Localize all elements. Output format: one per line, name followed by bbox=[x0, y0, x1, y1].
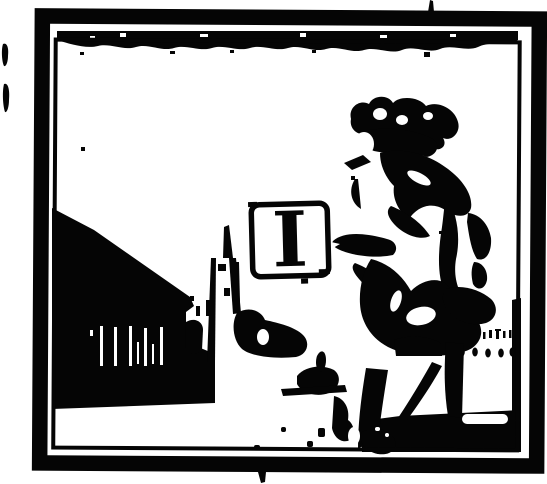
traveller-face bbox=[354, 132, 374, 156]
woodcut-illustration: I bbox=[0, 0, 547, 484]
woodcut-canvas: I bbox=[0, 0, 547, 484]
initial-letter: I bbox=[271, 195, 309, 285]
